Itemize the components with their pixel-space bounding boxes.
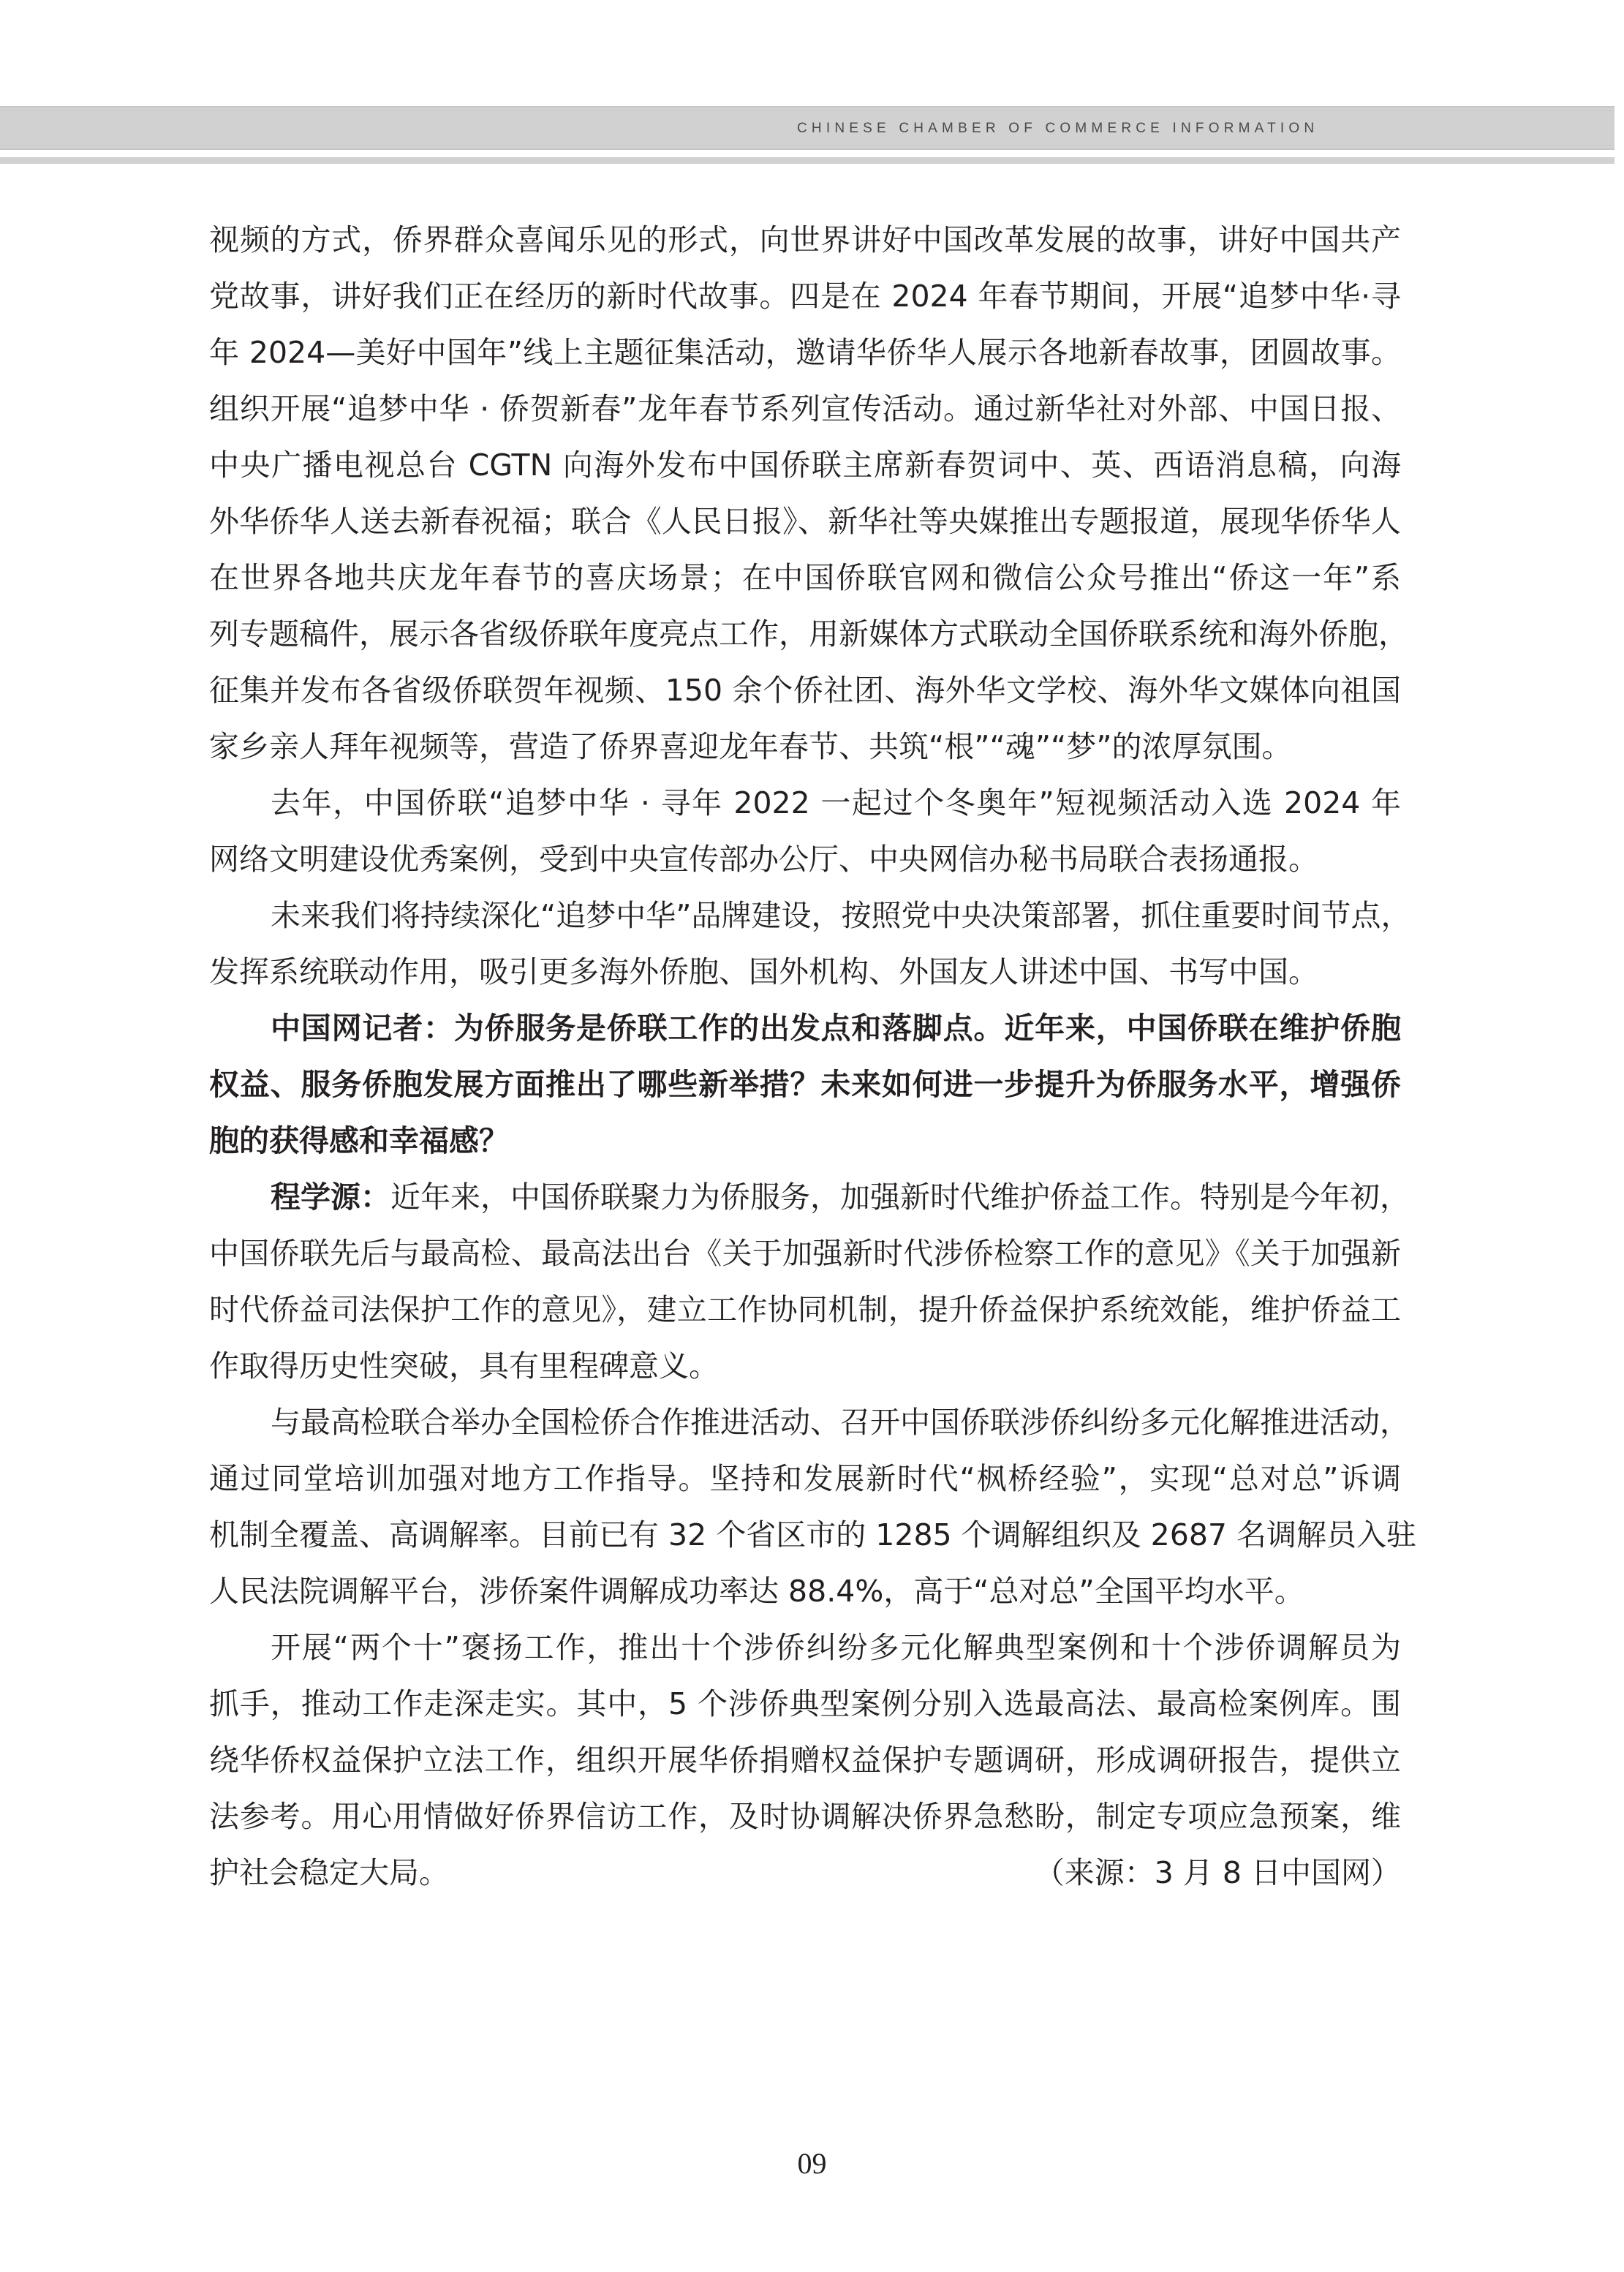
paragraph-continued: 视频的方式，侨界群众喜闻乐见的形式，向世界讲好中国改革发展的故事，讲好中国共产 … [209, 212, 1401, 775]
question-line: 胞的获得感和幸福感？ [209, 1113, 1401, 1169]
text-line: 护社会稳定大局。 [209, 1845, 449, 1901]
final-line-with-source: 护社会稳定大局。 （来源：3 月 8 日中国网） [209, 1845, 1401, 1901]
text-line: 视频的方式，侨界群众喜闻乐见的形式，向世界讲好中国改革发展的故事，讲好中国共产 [209, 212, 1401, 268]
question-line: 权益、服务侨胞发展方面推出了哪些新举措？未来如何进一步提升为侨服务水平，增强侨 [209, 1057, 1401, 1113]
text-line: 去年，中国侨联“追梦中华 · 寻年 2022 一起过个冬奥年”短视频活动入选 2… [209, 775, 1401, 831]
text-line: 组织开展“追梦中华 · 侨贺新春”龙年春节系列宣传活动。通过新华社对外部、中国日… [209, 381, 1401, 437]
speaker-name: 程学源： [271, 1180, 390, 1215]
text-line: 外华侨华人送去新春祝福；联合《人民日报》、新华社等央媒推出专题报道，展现华侨华人 [209, 494, 1401, 550]
text-line: 家乡亲人拜年视频等，营造了侨界喜迎龙年春节、共筑“根”“魂”“梦”的浓厚氛围。 [209, 719, 1401, 775]
text-line: 未来我们将持续深化“追梦中华”品牌建设，按照党中央决策部署，抓住重要时间节点， [209, 888, 1401, 944]
text-line: 列专题稿件，展示各省级侨联年度亮点工作，用新媒体方式联动全国侨联系统和海外侨胞， [209, 606, 1401, 663]
interview-answer: 程学源：近年来，中国侨联聚力为侨服务，加强新时代维护侨益工作。特别是今年初， 中… [209, 1169, 1401, 1394]
paragraph-award: 去年，中国侨联“追梦中华 · 寻年 2022 一起过个冬奥年”短视频活动入选 2… [209, 775, 1401, 888]
text-line: 发挥系统联动作用，吸引更多海外侨胞、国外机构、外国友人讲述中国、书写中国。 [209, 944, 1401, 1000]
publication-title: CHINESE CHAMBER OF COMMERCE INFORMATION [797, 121, 1318, 137]
text-line: 抓手，推动工作走深走实。其中，5 个涉侨典型案例分别入选最高法、最高检案例库。围 [209, 1676, 1401, 1732]
text-line: 法参考。用心用情做好侨界信访工作，及时协调解决侨界急愁盼，制定专项应急预案，维 [209, 1789, 1401, 1845]
paragraph-future-plans: 未来我们将持续深化“追梦中华”品牌建设，按照党中央决策部署，抓住重要时间节点， … [209, 888, 1401, 1000]
question-line: 中国网记者：为侨服务是侨联工作的出发点和落脚点。近年来，中国侨联在维护侨胞 [209, 1000, 1401, 1057]
text-line: 年 2024—美好中国年”线上主题征集活动，邀请华侨华人展示各地新春故事，团圆故… [209, 325, 1401, 381]
text-line: 人民法院调解平台，涉侨案件调解成功率达 88.4%，高于“总对总”全国平均水平。 [209, 1563, 1401, 1620]
text-line: 与最高检联合举办全国检侨合作推进活动、召开中国侨联涉侨纠纷多元化解推进活动， [209, 1394, 1401, 1451]
text-line: 通过同堂培训加强对地方工作指导。坚持和发展新时代“枫桥经验”，实现“总对总”诉调 [209, 1451, 1401, 1507]
answer-first-line: 程学源：近年来，中国侨联聚力为侨服务，加强新时代维护侨益工作。特别是今年初， [209, 1169, 1401, 1226]
text-line: 作取得历史性突破，具有里程碑意义。 [209, 1338, 1401, 1394]
text-line: 绕华侨权益保护立法工作，组织开展华侨捐赠权益保护专题调研，形成调研报告，提供立 [209, 1732, 1401, 1789]
interview-question: 中国网记者：为侨服务是侨联工作的出发点和落脚点。近年来，中国侨联在维护侨胞 权益… [209, 1000, 1401, 1169]
text-line: 网络文明建设优秀案例，受到中央宣传部办公厅、中央网信办秘书局联合表扬通报。 [209, 831, 1401, 888]
text-line: 中央广播电视总台 CGTN 向海外发布中国侨联主席新春贺词中、英、西语消息稿，向… [209, 437, 1401, 494]
article-body: 视频的方式，侨界群众喜闻乐见的形式，向世界讲好中国改革发展的故事，讲好中国共产 … [209, 212, 1401, 1901]
header-divider-bar [0, 157, 1614, 164]
running-header-band: CHINESE CHAMBER OF COMMERCE INFORMATION [0, 106, 1614, 150]
source-attribution: （来源：3 月 8 日中国网） [1035, 1845, 1401, 1901]
paragraph-two-tens: 开展“两个十”褒扬工作，推出十个涉侨纠纷多元化解典型案例和十个涉侨调解员为 抓手… [209, 1620, 1401, 1901]
text-line: 中国侨联先后与最高检、最高法出台《关于加强新时代涉侨检察工作的意见》《关于加强新 [209, 1226, 1401, 1282]
text-line: 开展“两个十”褒扬工作，推出十个涉侨纠纷多元化解典型案例和十个涉侨调解员为 [209, 1620, 1401, 1676]
text-line: 时代侨益司法保护工作的意见》，建立工作协同机制，提升侨益保护系统效能，维护侨益工 [209, 1282, 1401, 1338]
page-number: 09 [0, 2146, 1624, 2181]
text-line: 机制全覆盖、高调解率。目前已有 32 个省区市的 1285 个调解组织及 268… [209, 1507, 1401, 1563]
text-line: 征集并发布各省级侨联贺年视频、150 余个侨社团、海外华文学校、海外华文媒体向祖… [209, 663, 1401, 719]
answer-text: 近年来，中国侨联聚力为侨服务，加强新时代维护侨益工作。特别是今年初， [390, 1180, 1410, 1215]
text-line: 在世界各地共庆龙年春节的喜庆场景；在中国侨联官网和微信公众号推出“侨这一年”系 [209, 550, 1401, 606]
paragraph-mediation: 与最高检联合举办全国检侨合作推进活动、召开中国侨联涉侨纠纷多元化解推进活动， 通… [209, 1394, 1401, 1620]
text-line: 党故事，讲好我们正在经历的新时代故事。四是在 2024 年春节期间，开展“追梦中… [209, 268, 1401, 325]
